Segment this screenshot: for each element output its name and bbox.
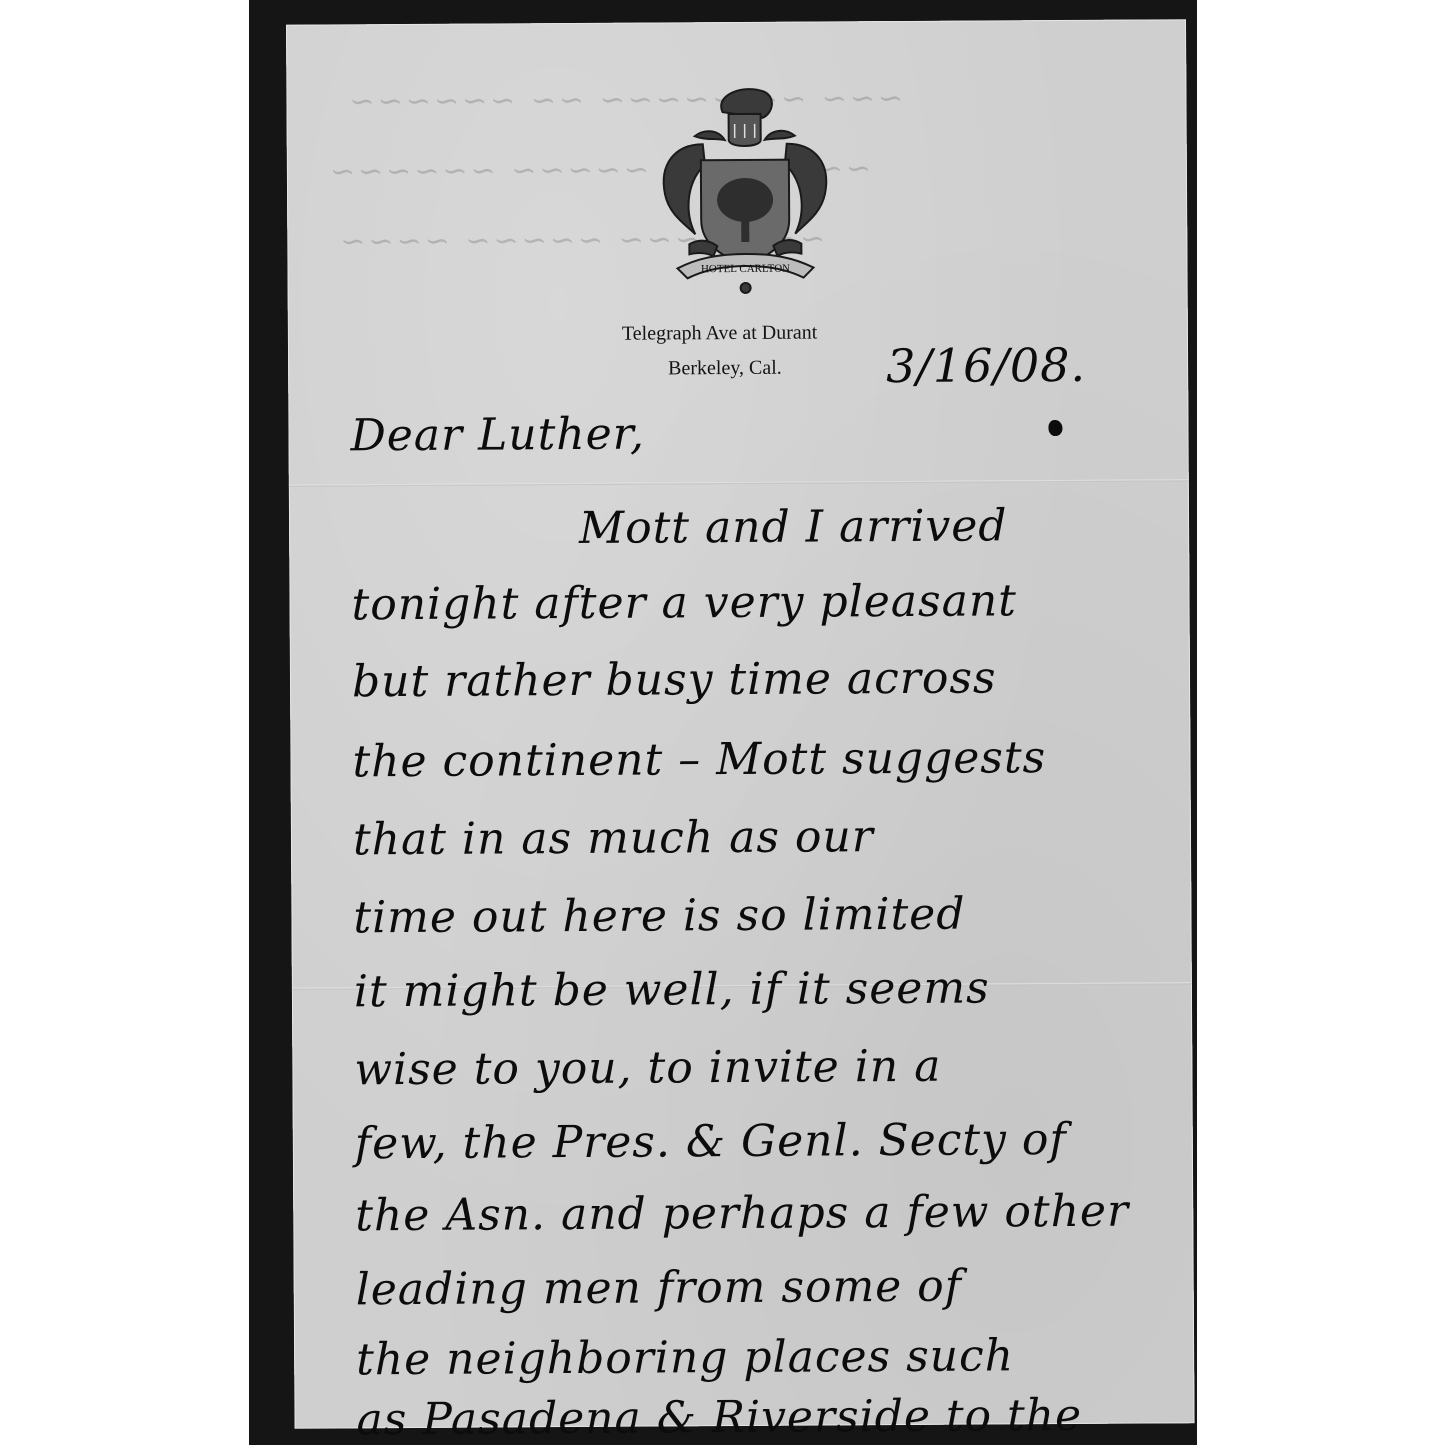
fold-line-upper <box>289 479 1189 486</box>
letter-line-7: it might be well, if it seems <box>354 962 990 1017</box>
letter-line-5: that in as much as our <box>353 811 874 865</box>
letter-salutation: Dear Luther, <box>350 409 645 462</box>
hotel-crest-logo: HOTEL CARLTON <box>654 83 835 296</box>
letter-date: 3/16/08. <box>886 338 1086 393</box>
letter-line-12: the neighboring places such <box>356 1330 1014 1385</box>
letter-line-13: as Pasadena & Riverside to the <box>356 1390 1082 1445</box>
letter-line-1: Mott and I arrived <box>579 500 1008 554</box>
letter-line-10: the Asn. and perhaps a few other <box>355 1186 1129 1242</box>
crest-banner-text: HOTEL CARLTON <box>701 263 790 276</box>
letter-line-2: tonight after a very pleasant <box>351 575 1017 630</box>
letter-line-3: but rather busy time across <box>352 652 997 707</box>
letter-line-8: wise to you, to invite in a <box>354 1041 941 1096</box>
letter-line-4: the continent – Mott suggests <box>352 732 1046 787</box>
ink-blot <box>1048 420 1062 436</box>
letterhead-address-line1: Telegraph Ave at Durant <box>622 322 818 346</box>
letter-line-6: time out here is so limited <box>353 889 965 944</box>
letter-line-11: leading men from some of <box>356 1261 963 1316</box>
letterhead-address-line2: Berkeley, Cal. <box>668 357 782 381</box>
letter-sheet: ~~~ ~~ ~~~~~ ~~ ~~~~~~ ~~~ ~~~~ ~~~~~ ~~… <box>286 19 1195 1428</box>
letter-line-9: few, the Pres. & Genl. Secty of <box>355 1114 1067 1169</box>
